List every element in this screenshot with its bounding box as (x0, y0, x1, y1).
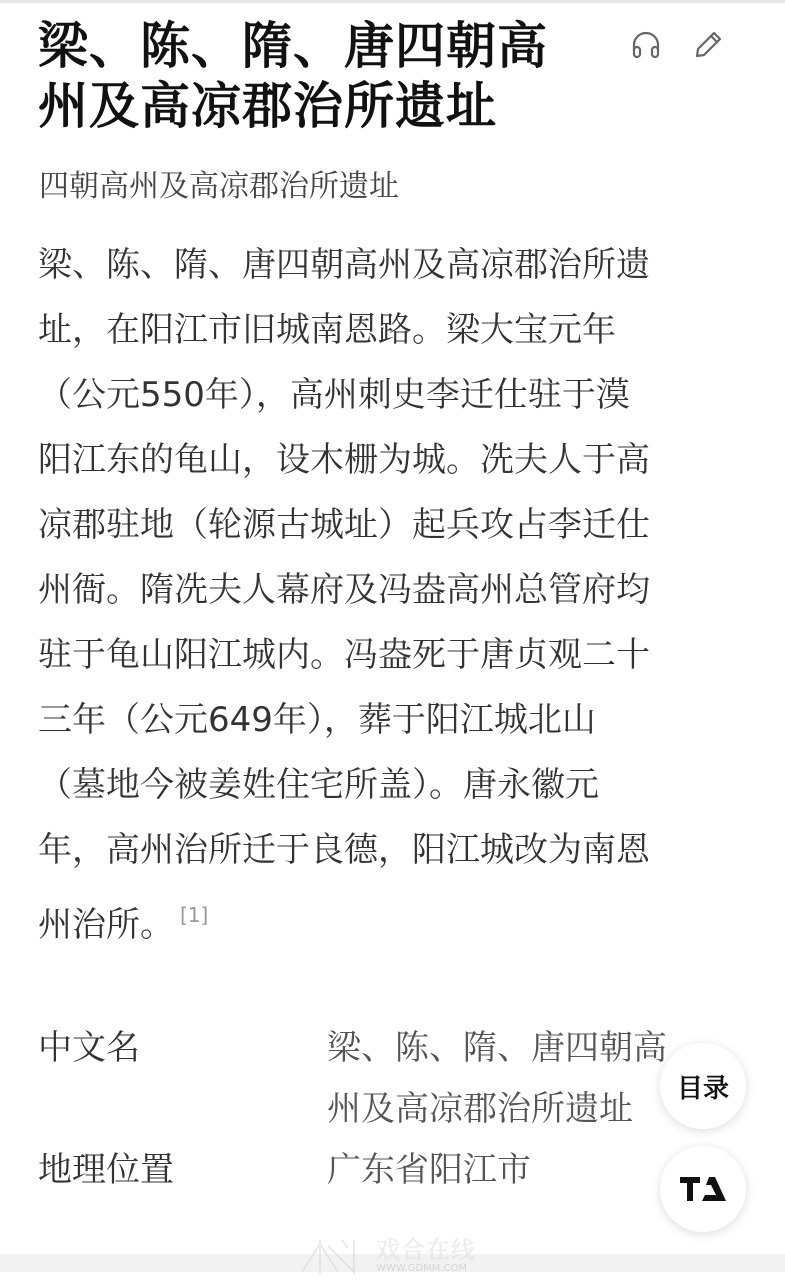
body-line-last: 州治所。[1] (38, 883, 750, 958)
page-title-line-1: 梁、陈、隋、唐四朝高 (38, 16, 598, 76)
body-line: 阳江东的龟山，设木栅为城。冼夫人于高 (38, 428, 750, 493)
listen-button[interactable] (628, 27, 664, 63)
subtitle: 四朝高州及高凉郡治所遗址 (39, 167, 399, 207)
watermark: 戏合在线 WWW.GDMM.COM (298, 1235, 498, 1277)
ta-button[interactable] (660, 1146, 746, 1232)
body-line: 三年（公元649年），葬于阳江城北山 (38, 688, 750, 753)
top-strip (0, 0, 785, 3)
title-actions (628, 27, 726, 63)
article-body: 梁、陈、隋、唐四朝高州及高凉郡治所遗 址，在阳江市旧城南恩路。梁大宝元年 （公元… (38, 233, 750, 958)
body-line: 驻于龟山阳江城内。冯盎死于唐贞观二十 (38, 623, 750, 688)
info-row-location: 地理位置 广东省阳江市 (38, 1140, 758, 1201)
body-line: （墓地今被姜姓住宅所盖）。唐永徽元 (38, 753, 750, 818)
ta-icon (678, 1174, 728, 1204)
watermark-url: WWW.GDMM.COM (376, 1263, 467, 1275)
pencil-icon (691, 28, 725, 62)
watermark-logo-icon (298, 1236, 362, 1276)
headphones-icon (629, 28, 663, 62)
body-line: （公元550年），高州刺史李迁仕驻于漠 (38, 363, 750, 428)
info-label: 中文名 (38, 1018, 327, 1140)
watermark-brand: 戏合在线 (376, 1237, 476, 1263)
info-label: 地理位置 (38, 1140, 327, 1201)
toc-label: 目录 (677, 1068, 729, 1105)
reference-link[interactable]: [1] (180, 903, 208, 927)
watermark-text: 戏合在线 WWW.GDMM.COM (376, 1237, 476, 1275)
body-line: 年，高州治所迁于良德，阳江城改为南恩 (38, 818, 750, 883)
edit-button[interactable] (690, 27, 726, 63)
body-line: 凉郡驻地（轮源古城址）起兵攻占李迁仕 (38, 493, 750, 558)
body-line: 梁、陈、隋、唐四朝高州及高凉郡治所遗 (38, 233, 750, 298)
table-of-contents-button[interactable]: 目录 (660, 1043, 746, 1129)
info-box: 中文名 梁、陈、隋、唐四朝高 州及高凉郡治所遗址 地理位置 广东省阳江市 (38, 1018, 758, 1201)
body-line: 州衙。隋冼夫人幕府及冯盎高州总管府均 (38, 558, 750, 623)
page-title: 梁、陈、隋、唐四朝高 州及高凉郡治所遗址 (38, 16, 598, 136)
body-line-text: 州治所。 (38, 905, 174, 945)
body-line: 址，在阳江市旧城南恩路。梁大宝元年 (38, 298, 750, 363)
info-row-chinese-name: 中文名 梁、陈、隋、唐四朝高 州及高凉郡治所遗址 (38, 1018, 758, 1140)
page-title-line-2: 州及高凉郡治所遗址 (38, 76, 598, 136)
